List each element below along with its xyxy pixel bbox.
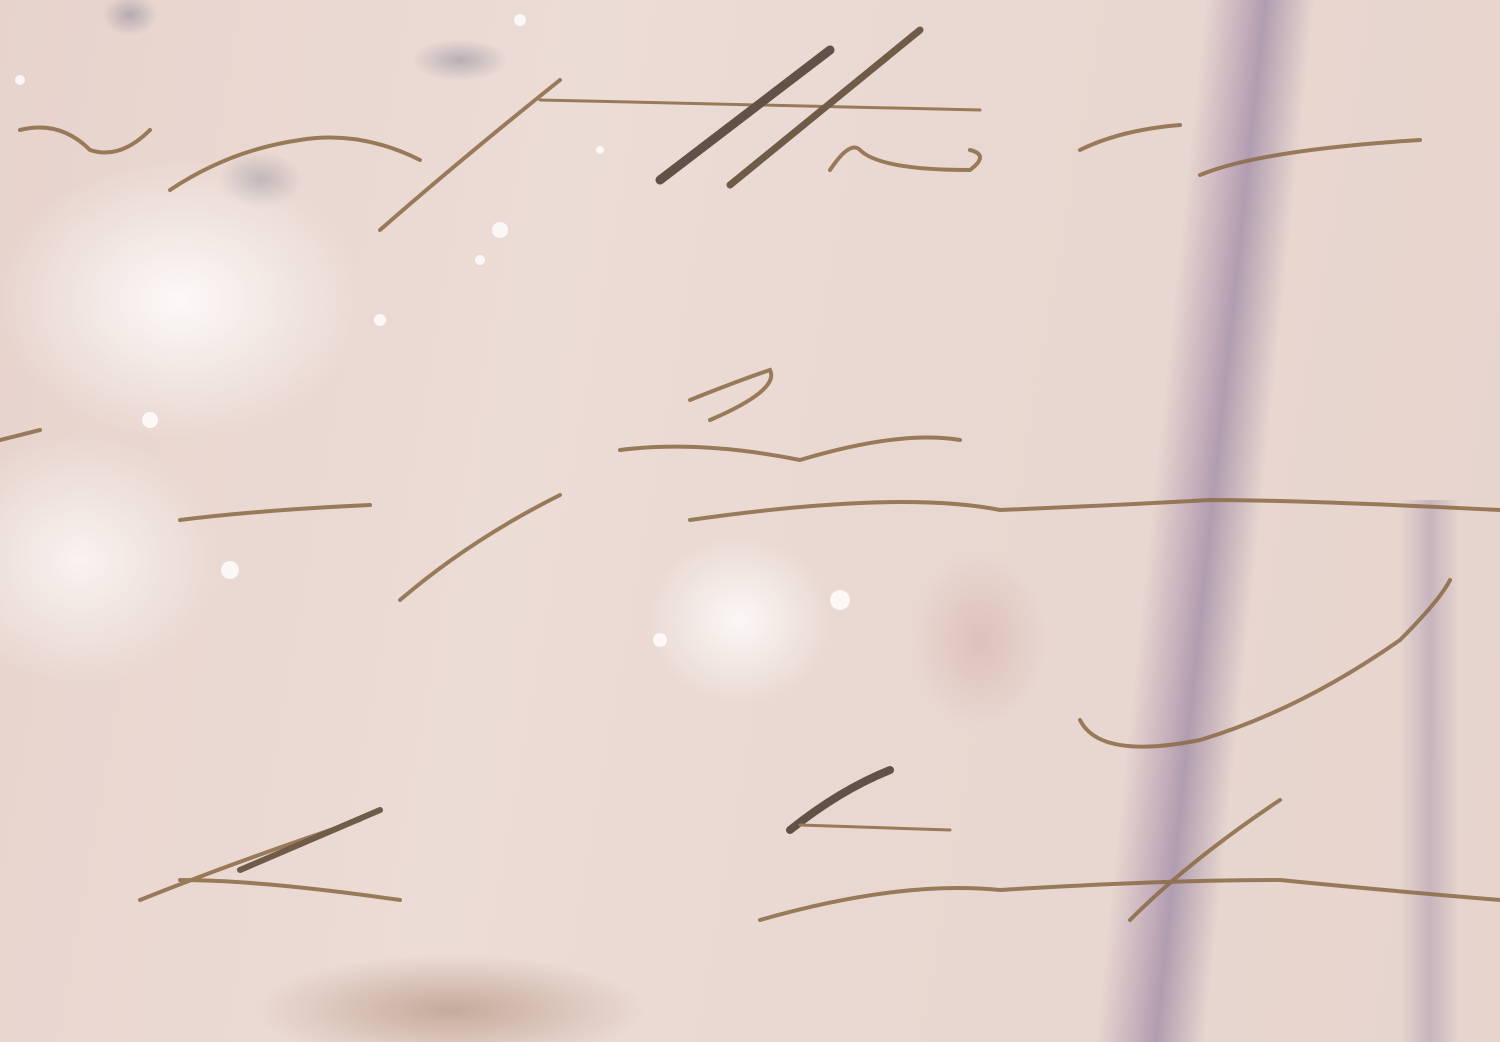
textured-paper-image bbox=[0, 0, 1500, 1042]
handwriting-strokes bbox=[0, 0, 1500, 1042]
